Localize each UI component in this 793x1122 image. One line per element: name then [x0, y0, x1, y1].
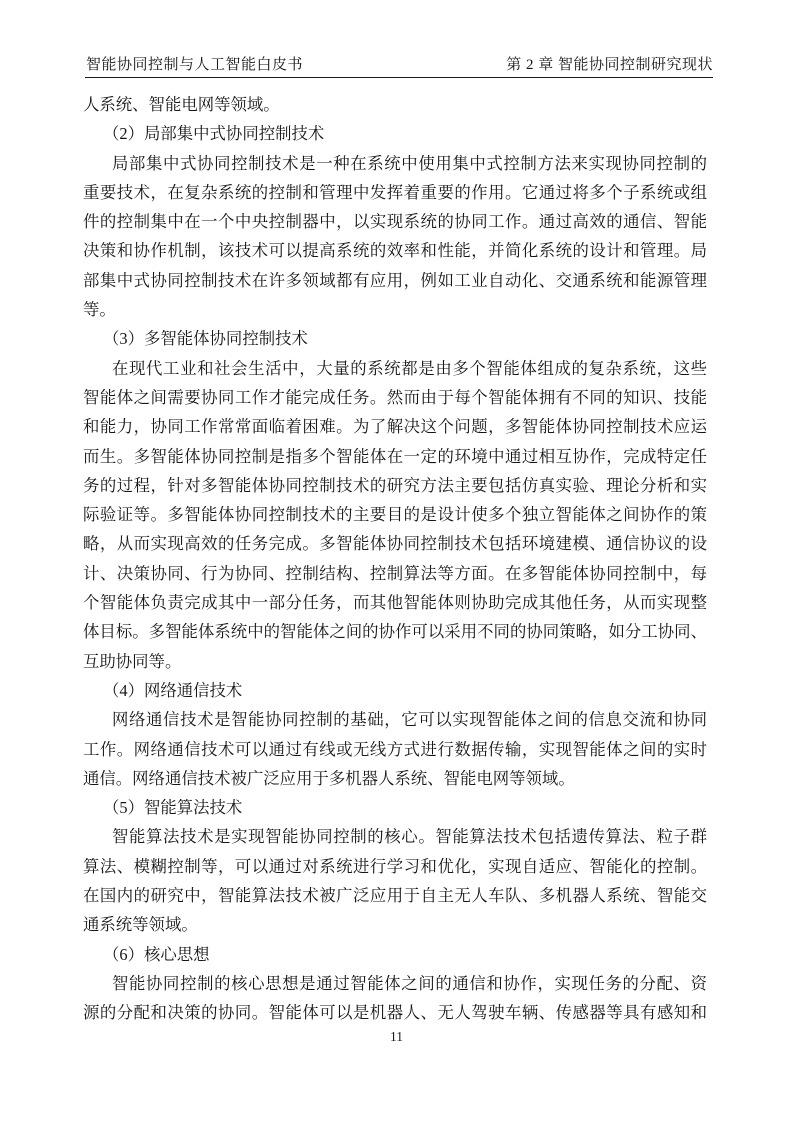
text-line: 智能协同控制的核心思想是通过智能体之间的通信和协作，实现任务的分配、资 — [83, 969, 707, 998]
text-line: 计、决策协同、行为协同、控制结构、控制算法等方面。在多智能体协同控制中，每 — [83, 559, 707, 588]
document-body: 人系统、智能电网等领域。（2）局部集中式协同控制技术局部集中式协同控制技术是一种… — [83, 90, 707, 1028]
page-header: 智能协同控制与人工智能白皮书 第 2 章 智能协同控制研究现状 — [86, 53, 713, 74]
text-line: 网络通信技术是智能协同控制的基础，它可以实现智能体之间的信息交流和协同 — [83, 705, 707, 734]
text-line: 互助协同等。 — [83, 647, 707, 676]
text-line: 部集中式协同控制技术在许多领域都有应用，例如工业自动化、交通系统和能源管理 — [83, 266, 707, 295]
page-footer: 11 — [0, 1029, 793, 1045]
text-line: 件的控制集中在一个中央控制器中，以实现系统的协同工作。通过高效的通信、智能 — [83, 207, 707, 236]
text-line: 算法、模糊控制等，可以通过对系统进行学习和优化，实现自适应、智能化的控制。 — [83, 852, 707, 881]
document-page: 智能协同控制与人工智能白皮书 第 2 章 智能协同控制研究现状 人系统、智能电网… — [0, 0, 793, 1122]
text-line: 通信。网络通信技术被广泛应用于多机器人系统、智能电网等领域。 — [83, 764, 707, 793]
header-left-title: 智能协同控制与人工智能白皮书 — [86, 53, 303, 74]
text-line: 际验证等。多智能体协同控制技术的主要目的是设计使多个独立智能体之间协作的策 — [83, 500, 707, 529]
section-heading-line: （5）智能算法技术 — [83, 793, 707, 822]
text-line: 体目标。多智能体系统中的智能体之间的协作可以采用不同的协同策略，如分工协同、 — [83, 617, 707, 646]
text-line: 在国内的研究中，智能算法技术被广泛应用于自主无人车队、多机器人系统、智能交 — [83, 881, 707, 910]
text-line: 通系统等领域。 — [83, 910, 707, 939]
text-line: 个智能体负责完成其中一部分任务，而其他智能体则协助完成其他任务，从而实现整 — [83, 588, 707, 617]
text-line: 工作。网络通信技术可以通过有线或无线方式进行数据传输，实现智能体之间的实时 — [83, 735, 707, 764]
text-line: 务的过程，针对多智能体协同控制技术的研究方法主要包括仿真实验、理论分析和实 — [83, 471, 707, 500]
text-line: 而生。多智能体协同控制是指多个智能体在一定的环境中通过相互协作，完成特定任 — [83, 442, 707, 471]
section-heading-line: （2）局部集中式协同控制技术 — [83, 119, 707, 148]
text-line: 智能算法技术是实现智能协同控制的核心。智能算法技术包括遗传算法、粒子群 — [83, 822, 707, 851]
text-line: 在现代工业和社会生活中，大量的系统都是由多个智能体组成的复杂系统，这些 — [83, 354, 707, 383]
text-line: 智能体之间需要协同工作才能完成任务。然而由于每个智能体拥有不同的知识、技能 — [83, 383, 707, 412]
text-line: 局部集中式协同控制技术是一种在系统中使用集中式控制方法来实现协同控制的 — [83, 149, 707, 178]
text-line: 略，从而实现高效的任务完成。多智能体协同控制技术包括环境建模、通信协议的设 — [83, 529, 707, 558]
section-heading-line: （4）网络通信技术 — [83, 676, 707, 705]
header-right-chapter: 第 2 章 智能协同控制研究现状 — [506, 53, 713, 74]
text-line: 和能力，协同工作常常面临着困难。为了解决这个问题，多智能体协同控制技术应运 — [83, 412, 707, 441]
text-line: 人系统、智能电网等领域。 — [83, 90, 707, 119]
text-line: 重要技术，在复杂系统的控制和管理中发挥着重要的作用。它通过将多个子系统或组 — [83, 178, 707, 207]
header-rule — [85, 77, 713, 78]
section-heading-line: （6）核心思想 — [83, 940, 707, 969]
text-line: 决策和协作机制，该技术可以提高系统的效率和性能，并简化系统的设计和管理。局 — [83, 236, 707, 265]
section-heading-line: （3）多智能体协同控制技术 — [83, 324, 707, 353]
text-line: 源的分配和决策的协同。智能体可以是机器人、无人驾驶车辆、传感器等具有感知和 — [83, 998, 707, 1027]
text-line: 等。 — [83, 295, 707, 324]
page-number: 11 — [390, 1029, 403, 1044]
